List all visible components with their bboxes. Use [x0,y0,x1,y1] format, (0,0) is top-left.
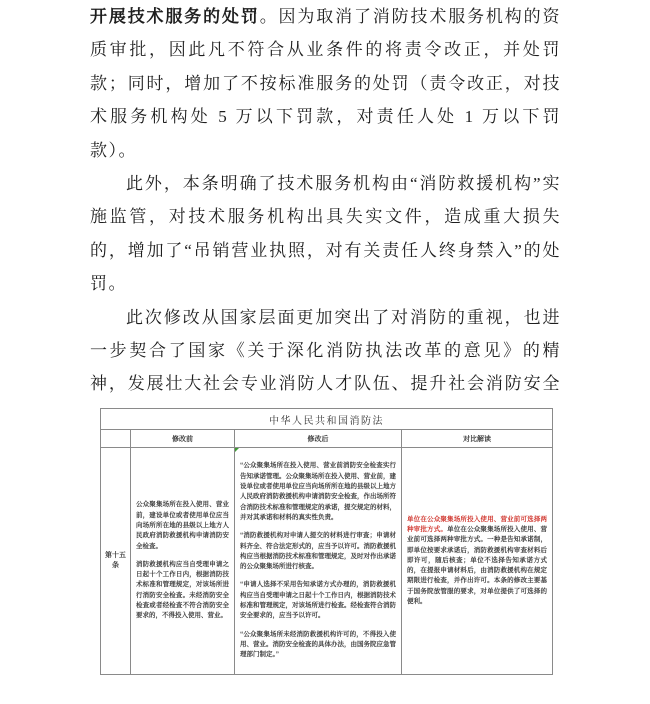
comparison-table: 中华人民共和国消防法 修改前 修改后 对比解读 第十五条 公众聚集场所在投入使用… [100,408,553,675]
table-title: 中华人民共和国消防法 [101,409,553,430]
table-header-row: 修改前 修改后 对比解读 [101,430,553,448]
after-paragraph-3: “申请人选择不采用告知承诺方式办理的，消防救援机构应当自受理申请之日起十个工作日… [240,580,396,621]
header-after: 修改后 [235,430,402,448]
paragraph-supervision: 此外，本条明确了技术服务机构由“消防救援机构”实施监管，对技术服务机构出具失实文… [90,167,561,301]
article-body: 开展技术服务的处罚。因为取消了消防技术服务机构的资质审批，因此凡不符合从业条件的… [90,0,561,406]
after-paragraph-1: “公众聚集场所在投入使用、营业前消防安全检查实行告知承诺管理。公众聚集场所在投入… [240,461,396,523]
table-title-row: 中华人民共和国消防法 [101,409,553,430]
after-paragraph-2: “消防救援机构对申请人提交的材料进行审查；申请材料齐全、符合法定形式的，应当予以… [240,531,396,572]
document-page: 开展技术服务的处罚。因为取消了消防技术服务机构的资质审批，因此凡不符合从业条件的… [0,0,650,704]
header-article-cell [101,430,131,448]
after-paragraph-4: “公众聚集场所未经消防救援机构许可的，不得投入使用、营业。消防安全检查的具体办法… [240,630,396,661]
paragraph-penalty: 开展技术服务的处罚。因为取消了消防技术服务机构的资质审批，因此凡不符合从业条件的… [90,0,561,167]
cell-before-text: 公众聚集场所在投入使用、营业前，建设单位或者使用单位应当向场所所在地的县级以上地… [131,448,235,675]
cell-article-number: 第十五条 [101,448,131,675]
interpretation-text: 单位在公众聚集场所投入使用、营业前可选择两种审批方式。一种是告知承诺制，即单位按… [407,526,547,605]
paragraph-lead-bold: 开展技术服务的处罚 [90,7,260,26]
cell-comment-marker-icon [235,448,239,452]
cell-interpretation: 单位在公众聚集场所投入使用、营业前可选择两种审批方式。单位在公众聚集场所投入使用… [402,448,553,675]
table-body-row: 第十五条 公众聚集场所在投入使用、营业前，建设单位或者使用单位应当向场所所在地的… [101,448,553,675]
interpretation-paragraph: 单位在公众聚集场所投入使用、营业前可选择两种审批方式。单位在公众聚集场所投入使用… [407,515,547,608]
header-before: 修改前 [131,430,235,448]
paragraph-text: 。因为取消了消防技术服务机构的资质审批，因此凡不符合从业条件的将责令改正，并处罚… [90,7,561,160]
cell-after-text: “公众聚集场所在投入使用、营业前消防安全检查实行告知承诺管理。公众聚集场所在投入… [235,448,402,675]
paragraph-reform: 此次修改从国家层面更加突出了对消防的重视，也进一步契合了国家《关于深化消防执法改… [90,301,561,406]
before-paragraph-1: 公众聚集场所在投入使用、营业前，建设单位或者使用单位应当向场所所在地的县级以上地… [136,500,229,551]
before-paragraph-2: 消防救援机构应当自受理申请之日起十个工作日内，根据消防技术标准和管理规定，对该场… [136,560,229,622]
header-interpretation: 对比解读 [402,430,553,448]
